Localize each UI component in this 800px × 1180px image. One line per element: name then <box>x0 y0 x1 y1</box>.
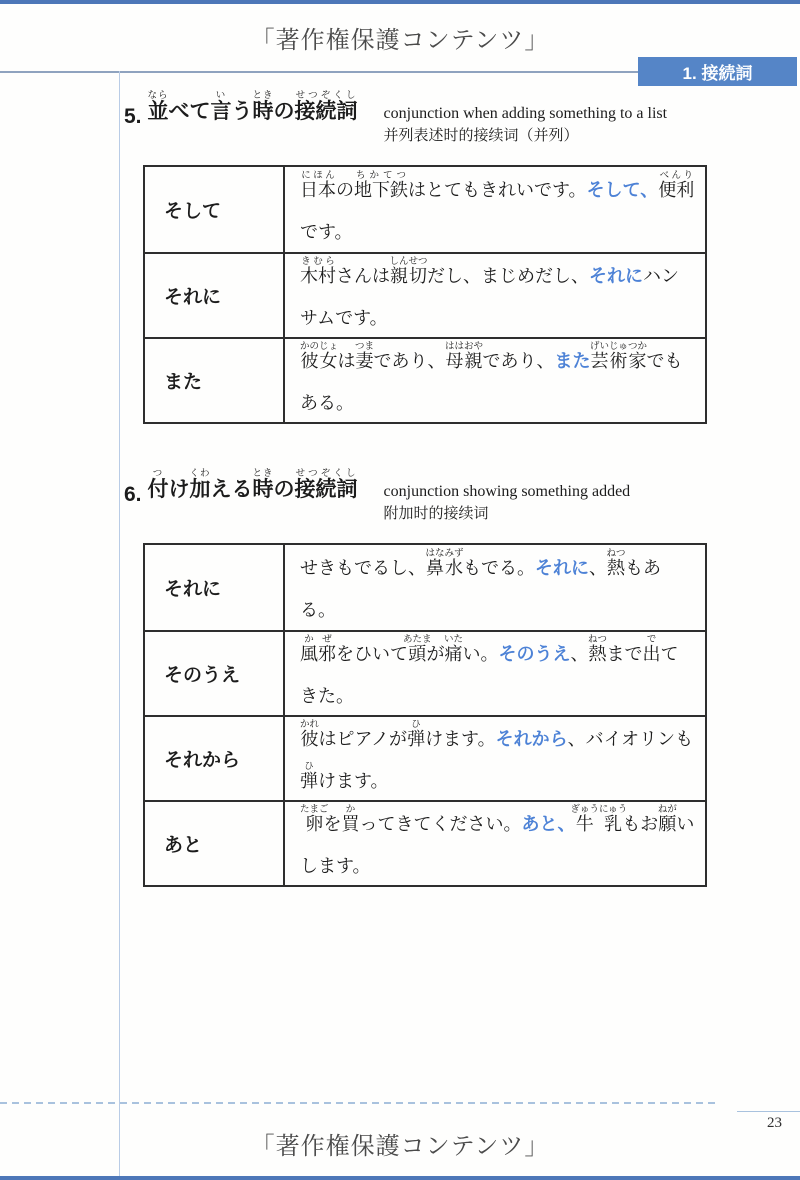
example-sentence: 卵たまごを買かってきてください。あと、牛乳ぎゅうにゅうもお願ねがいします。 <box>285 802 705 885</box>
text-run: もでる。 <box>463 558 535 578</box>
ruby-word: 風邪かぜ <box>300 644 336 664</box>
section-number: 6. <box>124 484 142 505</box>
table-row: あと卵たまごを買かってきてください。あと、牛乳ぎゅうにゅうもお願ねがいします。 <box>145 800 705 885</box>
text-run: であり、 <box>483 351 555 371</box>
ruby-word: 妻つま <box>356 351 374 371</box>
section-translation-en: conjunction showing something added <box>384 480 631 503</box>
text-run: け <box>169 478 190 501</box>
ruby-word: 願ねが <box>658 814 676 834</box>
text-run: であり、 <box>374 351 446 371</box>
text-run: 、 <box>589 558 607 578</box>
example-sentence: 日本にほんの地下鉄ちかてつはとてもきれいです。そして、便利べんりです。 <box>285 167 705 252</box>
text-run: です。 <box>300 222 353 242</box>
example-sentence: 彼女かのじょは妻つまであり、母親ははおやであり、また芸術家げいじゅつかでもある。 <box>285 339 705 422</box>
ruby-word: 並なら <box>148 100 169 123</box>
ruby-word: 時とき <box>253 478 274 501</box>
table-row: そして日本にほんの地下鉄ちかてつはとてもきれいです。そして、便利べんりです。 <box>145 167 705 252</box>
text-run: まで <box>607 644 643 664</box>
ruby-word: 鼻水はなみず <box>426 558 463 578</box>
textbook-page: 「著作権保護コンテンツ」 1. 接続詞 5.並ならべて言いう時ときの接続詞せつぞ… <box>0 0 800 1180</box>
section-title: 並ならべて言いう時ときの接続詞せつぞくし <box>148 90 358 122</box>
section-heading: 6.付つけ加くわえる時ときの接続詞せつぞくしconjunction showin… <box>124 468 724 526</box>
bottom-edge-bar <box>0 1176 800 1180</box>
conjunction-term: そのうえ <box>145 632 285 715</box>
section-translations: conjunction showing something added附加时的接… <box>384 480 631 526</box>
ruby-word: 芸術家げいじゅつか <box>591 351 647 371</box>
ruby-word: 親切しんせつ <box>390 266 427 286</box>
conjunction-term: また <box>145 339 285 422</box>
conjunction-table: それにせきもでるし、鼻水はなみずもでる。それに、熱ねつもある。そのうえ風邪かぜを… <box>143 543 707 887</box>
footer-dashed-line <box>0 1102 719 1104</box>
ruby-word: 加くわ <box>190 478 211 501</box>
text-run: をひいて <box>336 644 408 664</box>
ruby-word: 卵たまご <box>300 814 324 834</box>
text-run: けます。 <box>425 729 496 749</box>
conjunction-highlight: また <box>555 351 591 371</box>
ruby-word: 接続詞せつぞくし <box>295 478 358 501</box>
ruby-word: 頭あたま <box>408 644 427 664</box>
conjunction-highlight: それに <box>589 266 643 286</box>
example-sentence: 彼かれはピアノが弾ひけます。それから、バイオリンも弾ひけます。 <box>285 717 705 800</box>
bottom-watermark: 「著作権保護コンテンツ」 <box>0 1126 800 1161</box>
ruby-word: 木村きむら <box>300 266 336 286</box>
table-row: それに木村きむらさんは親切しんせつだし、まじめだし、それにハンサムです。 <box>145 252 705 337</box>
conjunction-highlight: それから <box>496 729 568 749</box>
section-6: 6.付つけ加くわえる時ときの接続詞せつぞくしconjunction showin… <box>124 468 724 526</box>
text-run: を <box>324 814 342 834</box>
ruby-word: 便利べんり <box>658 180 694 200</box>
conjunction-highlight: そして、 <box>587 180 659 200</box>
text-run: はピアノが <box>319 729 408 749</box>
text-run: もお <box>622 814 658 834</box>
section-translation-zh: 并列表述时的接续词（并列） <box>384 125 668 148</box>
ruby-word: 時とき <box>253 100 274 123</box>
ruby-word: 弾ひ <box>407 729 425 749</box>
ruby-word: 地下鉄ちかてつ <box>354 180 408 200</box>
example-sentence: 木村きむらさんは親切しんせつだし、まじめだし、それにハンサムです。 <box>285 254 705 337</box>
ruby-word: 買か <box>342 814 360 834</box>
top-edge-bar <box>0 0 800 4</box>
text-run: だし、まじめだし、 <box>427 266 589 286</box>
conjunction-highlight: それに <box>535 558 589 578</box>
margin-line <box>119 71 120 1180</box>
text-run: べて <box>169 100 211 123</box>
text-run: の <box>274 478 295 501</box>
conjunction-term: それに <box>145 545 285 630</box>
top-watermark: 「著作権保護コンテンツ」 <box>0 20 800 55</box>
conjunction-highlight: あと、 <box>522 814 576 834</box>
ruby-word: 彼女かのじょ <box>300 351 338 371</box>
example-sentence: 風邪かぜをひいて頭あたまが痛いたい。そのうえ、熱ねつまで出でてきた。 <box>285 632 705 715</box>
text-run: せきもでるし、 <box>300 558 426 578</box>
section-translation-zh: 附加时的接续词 <box>384 503 631 526</box>
ruby-word: 熱ねつ <box>589 644 607 664</box>
conjunction-term: それから <box>145 717 285 800</box>
text-run: 、バイオリンも <box>568 729 693 749</box>
ruby-word: 言い <box>211 100 232 123</box>
conjunction-table: そして日本にほんの地下鉄ちかてつはとてもきれいです。そして、便利べんりです。それ… <box>143 165 707 424</box>
ruby-word: 彼かれ <box>300 729 319 749</box>
text-run: は <box>338 351 356 371</box>
table-row: それから彼かれはピアノが弾ひけます。それから、バイオリンも弾ひけます。 <box>145 715 705 800</box>
text-run: の <box>336 180 354 200</box>
ruby-word: 出で <box>643 644 661 664</box>
ruby-word: 牛乳ぎゅうにゅう <box>576 814 623 834</box>
table-row: そのうえ風邪かぜをひいて頭あたまが痛いたい。そのうえ、熱ねつまで出でてきた。 <box>145 630 705 715</box>
chapter-tab: 1. 接続詞 <box>638 57 797 86</box>
ruby-word: 日本にほん <box>300 180 336 200</box>
ruby-word: 付つ <box>148 478 169 501</box>
text-run: ってきてください。 <box>360 814 522 834</box>
ruby-word: 母親ははおや <box>446 351 483 371</box>
section-translations: conjunction when adding something to a l… <box>384 102 668 148</box>
conjunction-highlight: そのうえ <box>499 644 571 664</box>
section-5: 5.並ならべて言いう時ときの接続詞せつぞくしconjunction when a… <box>124 90 724 148</box>
text-run: が <box>427 644 445 664</box>
section-title: 付つけ加くわえる時ときの接続詞せつぞくし <box>148 468 358 500</box>
header-rule <box>0 71 639 73</box>
ruby-word: 接続詞せつぞくし <box>295 100 358 123</box>
ruby-word: 熱ねつ <box>607 558 625 578</box>
text-run: けます。 <box>318 771 389 791</box>
section-heading: 5.並ならべて言いう時ときの接続詞せつぞくしconjunction when a… <box>124 90 724 148</box>
table-row: また彼女かのじょは妻つまであり、母親ははおやであり、また芸術家げいじゅつかでもあ… <box>145 337 705 422</box>
ruby-word: 弾ひ <box>300 771 318 791</box>
conjunction-term: それに <box>145 254 285 337</box>
text-run: さんは <box>336 266 390 286</box>
section-translation-en: conjunction when adding something to a l… <box>384 102 668 125</box>
section-number: 5. <box>124 106 142 127</box>
conjunction-term: そして <box>145 167 285 252</box>
table-row: それにせきもでるし、鼻水はなみずもでる。それに、熱ねつもある。 <box>145 545 705 630</box>
example-sentence: せきもでるし、鼻水はなみずもでる。それに、熱ねつもある。 <box>285 545 705 630</box>
text-run: の <box>274 100 295 123</box>
text-run: う <box>232 100 253 123</box>
page-number-rule <box>737 1111 800 1112</box>
text-run: い。 <box>463 644 499 664</box>
text-run: 、 <box>571 644 589 664</box>
ruby-word: 痛いた <box>445 644 463 664</box>
text-run: はとてもきれいです。 <box>408 180 587 200</box>
text-run: える <box>211 478 253 501</box>
conjunction-term: あと <box>145 802 285 885</box>
